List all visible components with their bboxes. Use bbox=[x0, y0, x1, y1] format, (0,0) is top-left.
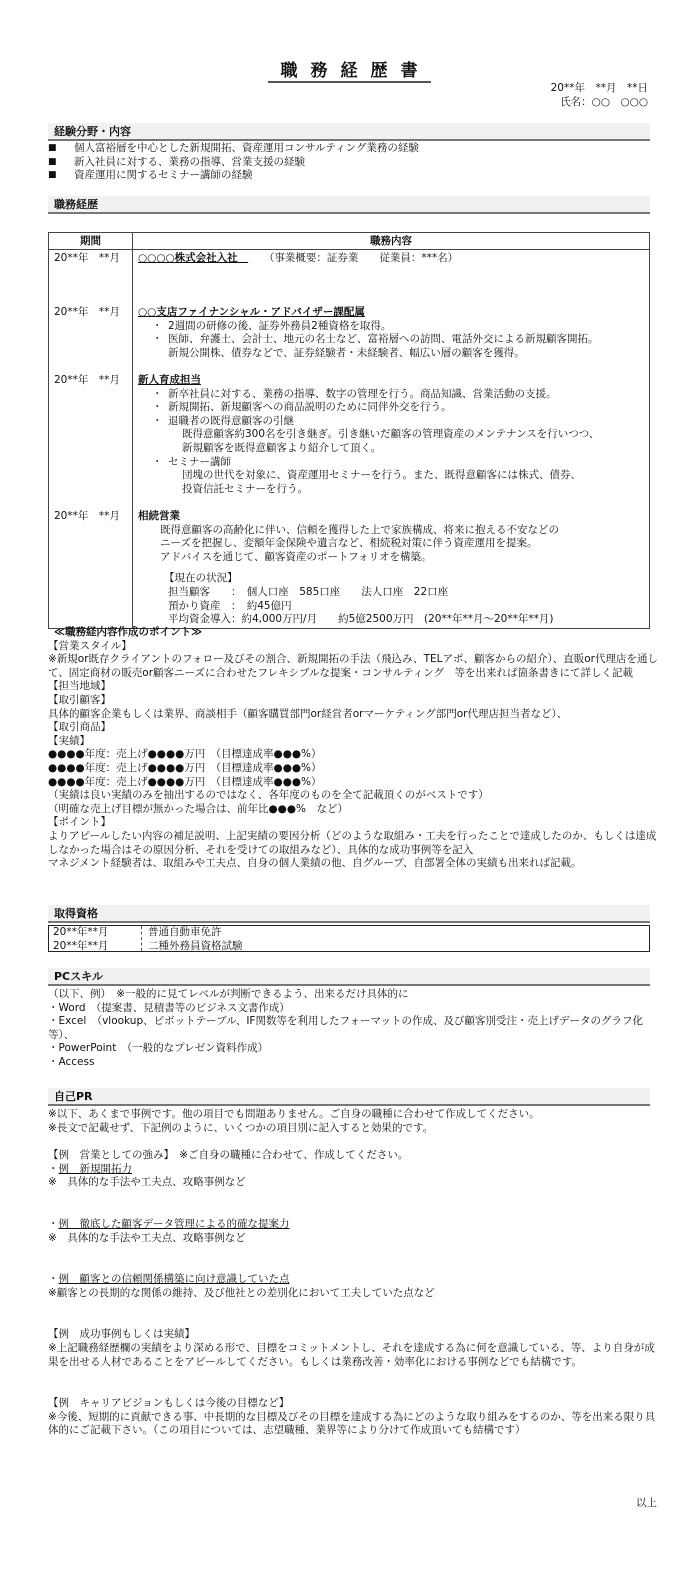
career-entry-title: 新人育成担当 bbox=[138, 374, 649, 388]
dot-bullet-icon: ・ bbox=[152, 333, 168, 347]
strength-item: ・例 顧客との信頼関係構築に向け意識していた点 bbox=[48, 1273, 663, 1287]
dot-bullet-icon: ・ bbox=[152, 415, 168, 429]
qualification-dates: 20**年**月 20**年**月 bbox=[49, 926, 142, 951]
section-heading-experience: 経験分野・内容 bbox=[48, 123, 650, 141]
list-item: ・退職者の既得意顧客の引継 bbox=[138, 415, 649, 429]
pc-skill-line: ・Access bbox=[48, 1056, 663, 1070]
strength-item: ・例 徹底した顧客データ管理による的確な提案力 bbox=[48, 1218, 663, 1232]
dot-bullet-icon: ・ bbox=[152, 456, 168, 470]
description-line: 既得意顧客の高齢化に伴い、信頼を獲得した上で家族構成、将来に抱える不安などの bbox=[138, 524, 649, 538]
strength-title: 例 新規開拓力 bbox=[59, 1163, 133, 1175]
list-item-text: セミナー講師 bbox=[168, 456, 231, 470]
list-item-text: 新卒社員に対する、業務の指導、数字の管理を行う。商品知識、営業活動の支援。 bbox=[168, 388, 557, 402]
list-item: ・新卒社員に対する、業務の指導、数字の管理を行う。商品知識、営業活動の支援。 bbox=[138, 388, 649, 402]
pc-skill-line: ・Excel （vlookup、ピボットテーブル、IF関数等を利用したフォーマッ… bbox=[48, 1015, 663, 1042]
self-pr-intro: ※長文で記載せず、下記例のように、いくつかの項目別に記入すると効果的です。 bbox=[48, 1122, 663, 1136]
tips-line: 具体的顧客企業もしくは業界、商談相手（顧客購買部門or経営者orマーケティング部… bbox=[48, 708, 663, 722]
tips-line: ※新規or既存クライアントのフォロー及びその割合、新規開拓の手法（飛込み、TEL… bbox=[48, 653, 663, 680]
qualifications-table: 20**年**月 20**年**月 普通自動車免許 二種外務員資格試験 bbox=[48, 925, 650, 952]
experience-item-text: 資産運用に関するセミナー講師の経験 bbox=[74, 169, 253, 183]
column-header-content: 職務内容 bbox=[133, 233, 650, 250]
tips-line: ●●●●年度：売上げ●●●●万円 （目標達成率●●●%） bbox=[48, 762, 663, 776]
career-entry-title: 相続営業 bbox=[138, 510, 649, 524]
tips-block: ≪職務経内容作成のポイント≫ 【営業スタイル】 ※新規or既存クライアントのフォ… bbox=[48, 626, 663, 871]
spacer bbox=[48, 1245, 663, 1273]
spacer bbox=[48, 1300, 663, 1328]
strength-item: ・例 新規開拓力 bbox=[48, 1163, 663, 1177]
list-item-subtext: 新規公開株、債券などで、証券経験者・未経験者、幅広い層の顧客を獲得。 bbox=[138, 347, 649, 361]
document-title-text: 職務経歴書 bbox=[268, 61, 431, 83]
career-entry-title: ○○支店ファイナンシャル・アドバイザー課配属 bbox=[138, 306, 649, 320]
period-cell: 20**年 **月 bbox=[54, 510, 132, 628]
self-pr-intro: ※以下、あくまで事例です。他の項目でも問題ありません。ご自身の職種に合わせて作成… bbox=[48, 1108, 663, 1122]
list-item-text: 退職者の既得意顧客の引継 bbox=[168, 415, 294, 429]
table-row: 20**年 **月 20**年 **月 20**年 **月 20**年 **月 … bbox=[49, 250, 650, 629]
qualification-name: 二種外務員資格試験 bbox=[148, 940, 243, 954]
list-item-text: 2週間の研修の後、証券外務員2種資格を取得。 bbox=[168, 320, 391, 334]
square-bullet-icon: ■ bbox=[48, 156, 74, 170]
description-line: アドバイスを通じて、顧客資産のポートフォリオを構築。 bbox=[138, 551, 649, 565]
career-periods: 20**年 **月 20**年 **月 20**年 **月 20**年 **月 bbox=[49, 250, 133, 629]
strength-title: 例 徹底した顧客データ管理による的確な提案力 bbox=[59, 1218, 290, 1230]
strength-heading: 【例 営業としての強み】 ※ご自身の職種に合わせて、作成してください。 bbox=[48, 1149, 663, 1163]
list-item-subtext: 既得意顧客約300名を引き継ぎ。引き継いだ顧客の管理資産のメンテナンスを行いつつ… bbox=[138, 428, 649, 442]
tips-line: 【実績】 bbox=[48, 735, 663, 749]
square-bullet-icon: ■ bbox=[48, 142, 74, 156]
list-item-subtext: 新規顧客を既得意顧客より紹介して頂く。 bbox=[138, 442, 649, 456]
experience-item: ■資産運用に関するセミナー講師の経験 bbox=[48, 169, 658, 183]
dot-bullet-icon: ・ bbox=[152, 401, 168, 415]
status-line: 預かり資産 ： 約45億円 bbox=[138, 600, 649, 614]
square-bullet-icon: ■ bbox=[48, 169, 74, 183]
tips-line: 【担当地域】 bbox=[48, 680, 663, 694]
experience-list: ■個人富裕層を中心とした新規開拓、資産運用コンサルティング業務の経験 ■新入社員… bbox=[48, 142, 658, 183]
period-cell: 20**年 **月 bbox=[54, 374, 132, 510]
tips-line: 【ポイント】 bbox=[48, 816, 663, 830]
vision-heading: 【例 キャリアビジョンもしくは今後の目標など】 bbox=[48, 1397, 663, 1411]
tips-line: 【取引顧客】 bbox=[48, 694, 663, 708]
section-heading-qualifications: 取得資格 bbox=[48, 905, 650, 923]
end-mark: 以上 bbox=[636, 1497, 657, 1511]
description-line: ニーズを把握し、変額年金保険や遺言など、相続税対策に伴う資産運用を提案。 bbox=[138, 537, 649, 551]
document-title: 職務経歴書 bbox=[0, 60, 698, 82]
tips-line: マネジメント経験者は、取組みや工夫点、自身の個人業績の他、自グループ、自部署全体… bbox=[48, 857, 663, 871]
tips-line: （実績は良い実績のみを抽出するのではなく、各年度のものを全て記載頂くのがベストで… bbox=[48, 789, 663, 803]
tips-line: ●●●●年度：売上げ●●●●万円 （目標達成率●●●%） bbox=[48, 776, 663, 790]
experience-item-text: 個人富裕層を中心とした新規開拓、資産運用コンサルティング業務の経験 bbox=[74, 142, 419, 156]
tips-line: 【営業スタイル】 bbox=[48, 640, 663, 654]
tips-line: 【取引商品】 bbox=[48, 721, 663, 735]
list-item-subtext: 団塊の世代を対象に、資産運用セミナーを行う。また、既得意顧客には株式、債券、 bbox=[138, 469, 649, 483]
success-text: ※上記職務経歴欄の実績をより深める形で、目標をコミットメントし、それを達成する為… bbox=[48, 1342, 663, 1369]
list-item-subtext: 投資信託セミナーを行う。 bbox=[138, 483, 649, 497]
company-name: ○○○○株式会社入社 bbox=[138, 252, 248, 264]
pc-skills-block: （以下、例） ※一般的に見てレベルが判断できるよう、出来るだけ具体的に ・Wor… bbox=[48, 988, 663, 1070]
section-heading-pc-skills: PCスキル bbox=[48, 968, 650, 986]
tips-heading: ≪職務経内容作成のポイント≫ bbox=[48, 626, 663, 640]
status-line: 担当顧客 ： 個人口座 585口座 法人口座 22口座 bbox=[138, 586, 649, 600]
pc-skill-line: （以下、例） ※一般的に見てレベルが判断できるよう、出来るだけ具体的に bbox=[48, 988, 663, 1002]
experience-item: ■個人富裕層を中心とした新規開拓、資産運用コンサルティング業務の経験 bbox=[48, 142, 658, 156]
list-item: ・セミナー講師 bbox=[138, 456, 649, 470]
list-item: ・新規開拓、新規顧客への商品説明のために同伴外交を行う。 bbox=[138, 401, 649, 415]
success-heading: 【例 成功事例もしくは実績】 bbox=[48, 1328, 663, 1342]
career-entry: ○○○○株式会社入社 （事業概要：証券業 従業員：***名） bbox=[138, 252, 649, 306]
career-entry: 新人育成担当 ・新卒社員に対する、業務の指導、数字の管理を行う。商品知識、営業活… bbox=[138, 374, 649, 510]
spacer bbox=[48, 1190, 663, 1218]
spacer bbox=[48, 1369, 663, 1397]
period-cell: 20**年 **月 bbox=[54, 252, 132, 306]
spacer bbox=[48, 1135, 663, 1149]
strength-note: ※顧客との長期的な関係の維持、及び他社との差別化において工夫していた点など bbox=[48, 1287, 663, 1301]
list-item-text: 新規開拓、新規顧客への商品説明のために同伴外交を行う。 bbox=[168, 401, 452, 415]
pc-skill-line: ・PowerPoint （一般的なプレゼン資料作成） bbox=[48, 1042, 663, 1056]
self-pr-block: ※以下、あくまで事例です。他の項目でも問題ありません。ご自身の職種に合わせて作成… bbox=[48, 1108, 663, 1438]
dot-bullet-icon: ・ bbox=[152, 388, 168, 402]
strength-title: 例 顧客との信頼関係構築に向け意識していた点 bbox=[59, 1273, 290, 1285]
period-cell: 20**年 **月 bbox=[54, 306, 132, 374]
tips-line: よりアピールしたい内容の補足説明、上記実績の要因分析（どのような取組み・工夫を行… bbox=[48, 830, 663, 857]
vision-text: ※今後、短期的に貢献できる事、中長期的な目標及びその目標を達成する為にどのような… bbox=[48, 1411, 663, 1438]
pc-skill-line: ・Word （提案書、見積書等のビジネス文書作成） bbox=[48, 1002, 663, 1016]
list-item-text: 医師、弁護士、会計士、地元の名士など、富裕層への訪問、電話外交による新規顧客開拓… bbox=[168, 333, 599, 347]
career-contents: ○○○○株式会社入社 （事業概要：証券業 従業員：***名） ○○支店ファイナン… bbox=[133, 250, 650, 629]
qualification-date: 20**年**月 bbox=[53, 926, 141, 940]
qualification-name: 普通自動車免許 bbox=[148, 926, 243, 940]
section-heading-career: 職務経歴 bbox=[48, 196, 650, 214]
experience-item: ■新入社員に対する、業務の指導、営業支援の経験 bbox=[48, 156, 658, 170]
strength-note: ※ 具体的な手法や工夫点、攻略事例など bbox=[48, 1176, 663, 1190]
status-line: 平均資金導入：約4,000万円/月 約5億2500万円 (20**年**月～20… bbox=[138, 613, 649, 627]
company-note: （事業概要：証券業 従業員：***名） bbox=[248, 252, 458, 264]
career-entry: ○○支店ファイナンシャル・アドバイザー課配属 ・2週間の研修の後、証券外務員2種… bbox=[138, 306, 649, 374]
tips-line: （明確な売上げ目標が無かった場合は、前年比●●●% など） bbox=[48, 803, 663, 817]
document-date: 20**年 **月 **日 bbox=[551, 82, 648, 96]
strength-note: ※ 具体的な手法や工夫点、攻略事例など bbox=[48, 1232, 663, 1246]
section-heading-self-pr: 自己PR bbox=[48, 1088, 650, 1106]
career-table-header: 期間 職務内容 bbox=[49, 233, 650, 250]
tips-line: ●●●●年度：売上げ●●●●万円 （目標達成率●●●%） bbox=[48, 748, 663, 762]
dot-bullet-icon: ・ bbox=[152, 320, 168, 334]
column-header-period: 期間 bbox=[49, 233, 133, 250]
status-heading: 【現在の状況】 bbox=[138, 572, 649, 586]
career-table: 期間 職務内容 20**年 **月 20**年 **月 20**年 **月 20… bbox=[48, 232, 650, 629]
qualification-date: 20**年**月 bbox=[53, 940, 141, 954]
qualification-names: 普通自動車免許 二種外務員資格試験 bbox=[142, 926, 243, 951]
list-item: ・2週間の研修の後、証券外務員2種資格を取得。 bbox=[138, 320, 649, 334]
applicant-name: 氏名：○○ ○○○ bbox=[560, 96, 648, 110]
experience-item-text: 新入社員に対する、業務の指導、営業支援の経験 bbox=[74, 156, 305, 170]
list-item: ・医師、弁護士、会計士、地元の名士など、富裕層への訪問、電話外交による新規顧客開… bbox=[138, 333, 649, 347]
career-entry: 相続営業 既得意顧客の高齢化に伴い、信頼を獲得した上で家族構成、将来に抱える不安… bbox=[138, 510, 649, 628]
